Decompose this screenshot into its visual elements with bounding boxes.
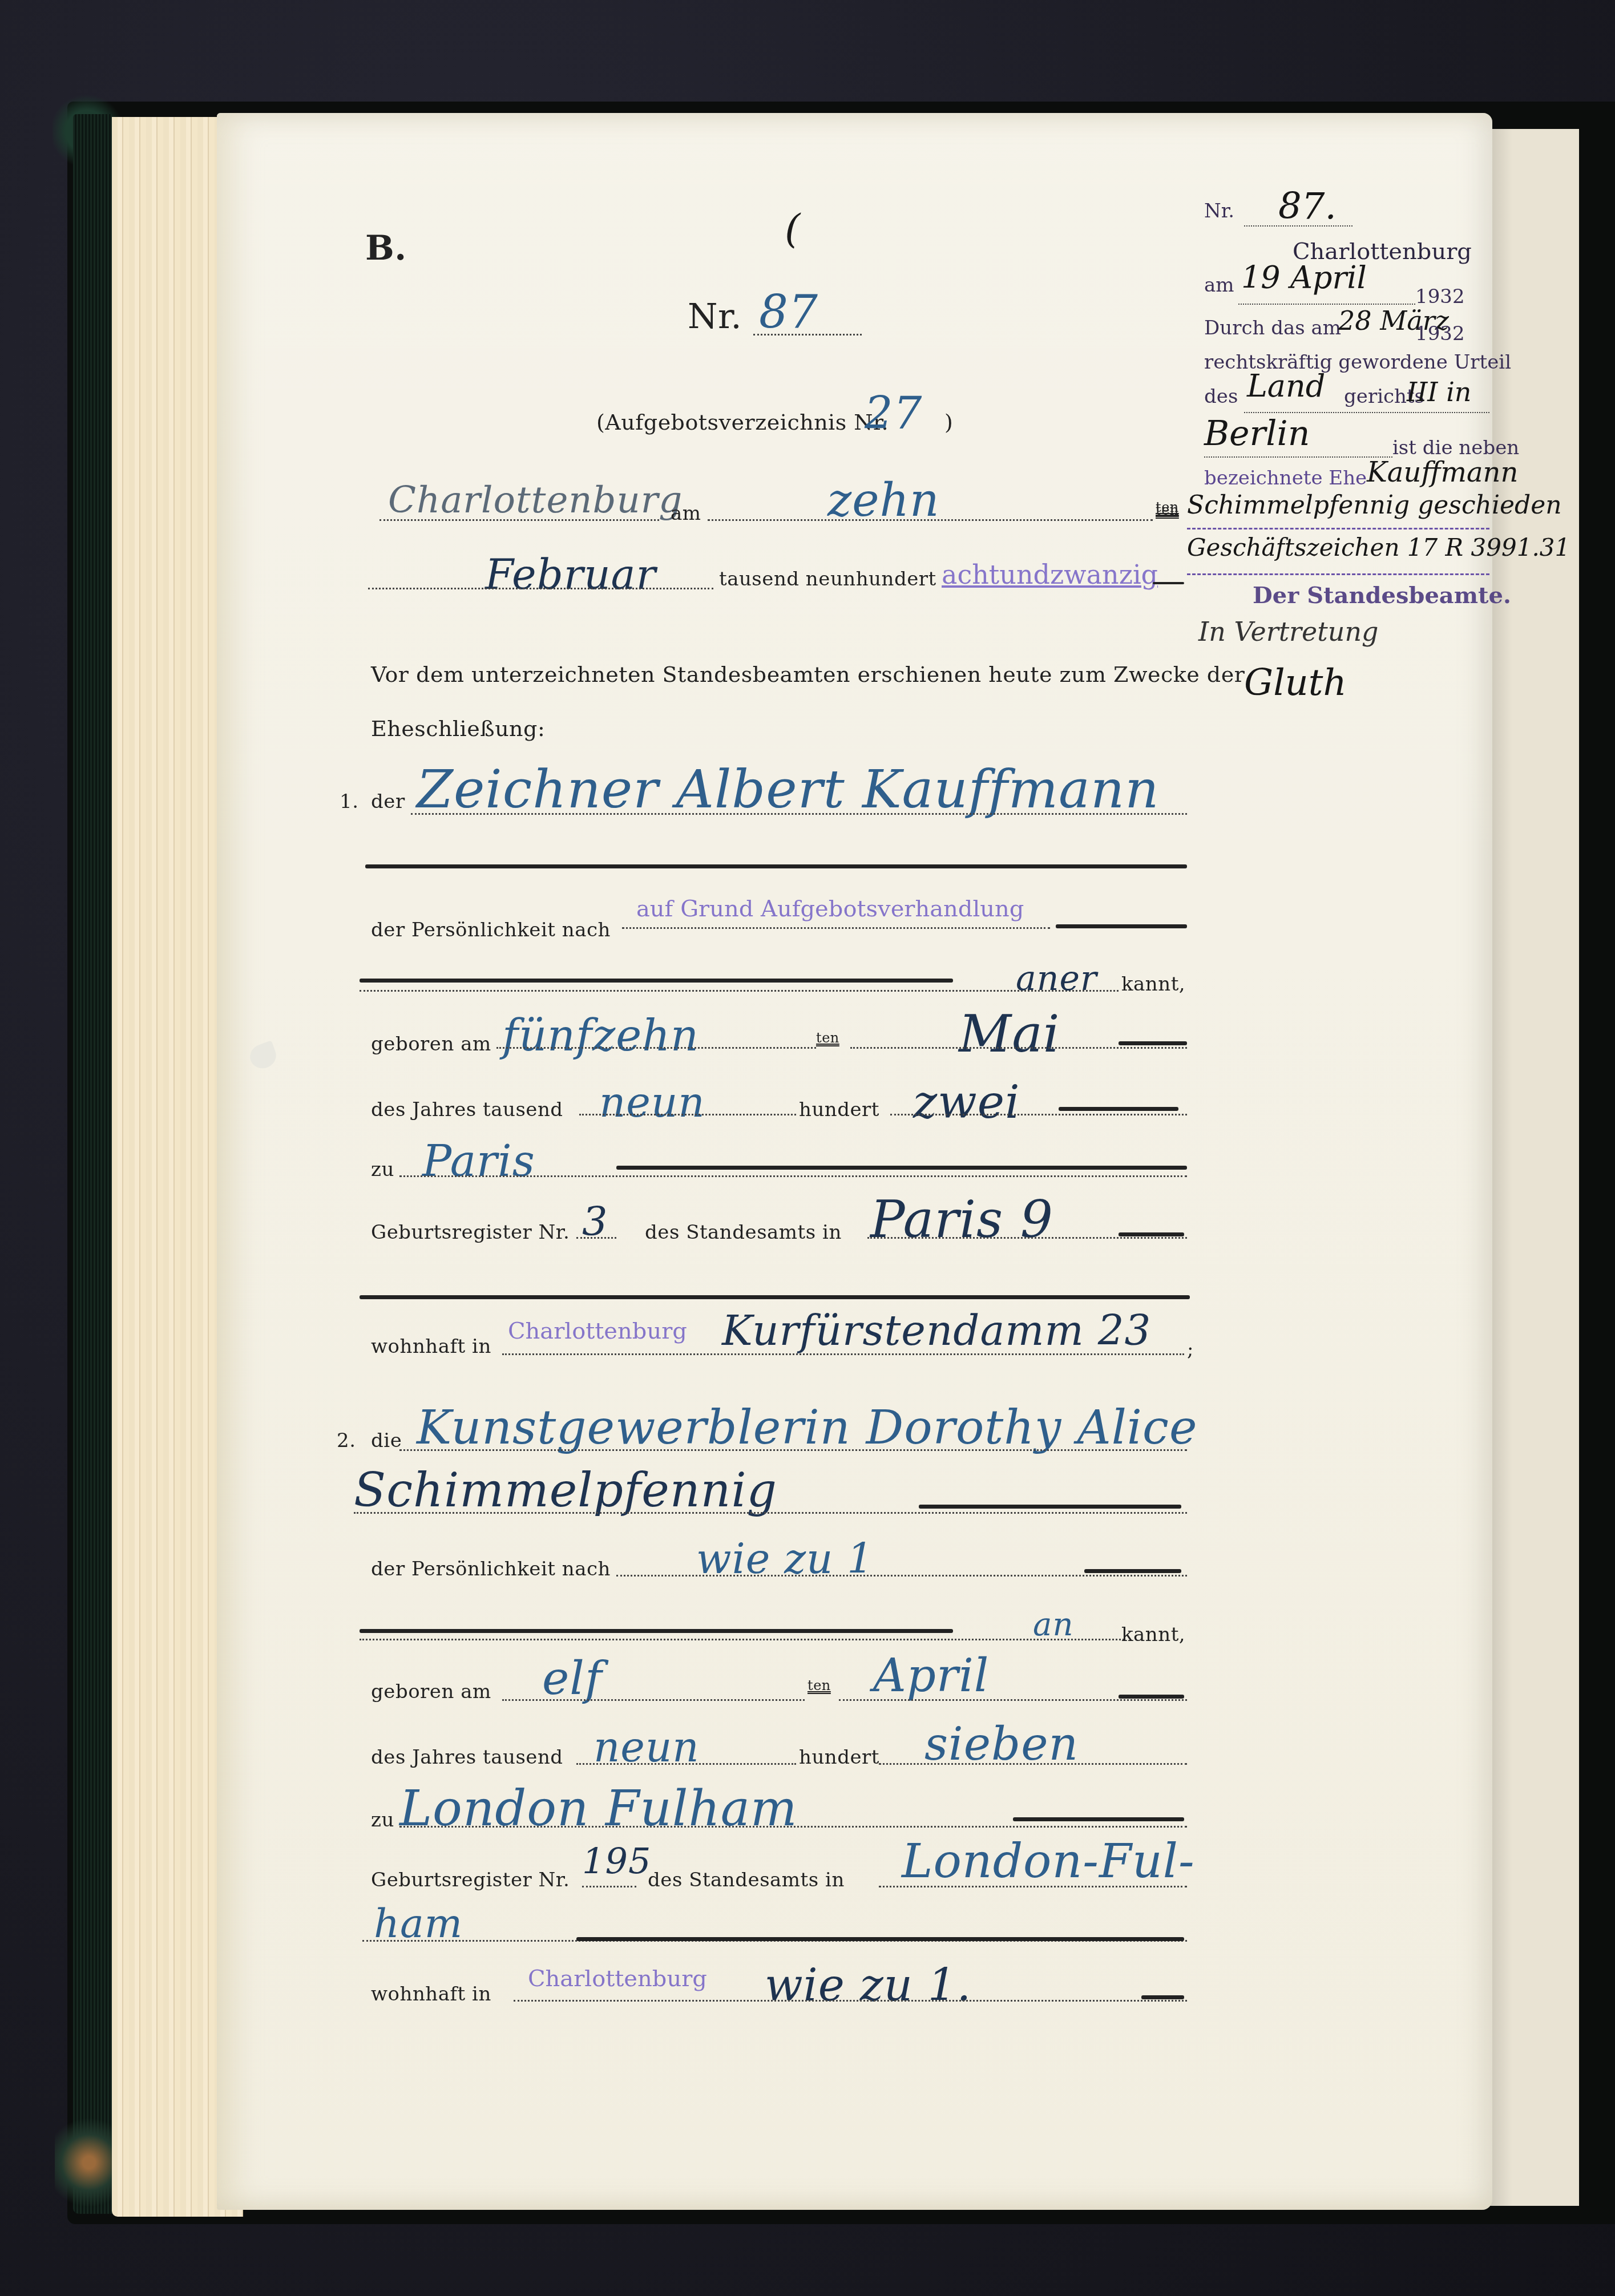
party1-year-hundreds[interactable]: neun <box>599 1078 705 1126</box>
party1-born-bar <box>1119 1041 1187 1045</box>
margin-date-hand[interactable]: 19 April <box>1241 260 1367 296</box>
party2-year-label-1: des Jahres tausend <box>371 1746 563 1769</box>
party1-name-line <box>411 813 1187 815</box>
party1-registry-number-line <box>576 1237 616 1239</box>
party2-residence-bar <box>1141 1995 1184 1999</box>
year-label: tausend neunhundert <box>719 568 936 591</box>
party1-registry-office-label: des Standesamts in <box>645 1221 842 1244</box>
party1-known-suffix: kannt, <box>1121 973 1185 996</box>
place-handwritten[interactable]: Charlottenburg <box>388 479 683 522</box>
party2-name-line1[interactable]: Kunstgewerblerin Dorothy Alice <box>417 1401 1198 1455</box>
year-stamp[interactable]: achtundzwanzig <box>942 559 1158 590</box>
party1-born-month-line <box>850 1047 1187 1049</box>
party1-identity-stamp[interactable]: auf Grund Aufgebotsverhandlung <box>636 896 1024 922</box>
party2-place-label: zu <box>371 1809 394 1832</box>
party2-born-month-line <box>839 1699 1187 1701</box>
margin-year2: 1932 <box>1415 322 1465 345</box>
margin-is-label: ist die neben <box>1392 436 1519 459</box>
party1-known-hand[interactable]: aner <box>1016 959 1097 999</box>
party2-year-label-2: hundert <box>799 1746 879 1769</box>
deputy-hand[interactable]: In Vertretung <box>1198 616 1379 647</box>
margin-date-line <box>1238 304 1415 305</box>
margin-court-hand[interactable]: Land <box>1247 368 1325 404</box>
margin-names-line2[interactable]: Schimmelpfennig geschieden <box>1187 491 1562 520</box>
party1-born-day-line <box>496 1047 816 1049</box>
party1-identity-label: der Persönlichkeit nach <box>371 919 611 941</box>
party1-identity-line <box>622 927 1050 929</box>
party1-residence-stamp[interactable]: Charlottenburg <box>508 1318 687 1344</box>
margin-designated-label: bezeichnete Ehe <box>1204 467 1367 490</box>
party1-residence-line <box>502 1353 1184 1355</box>
margin-year1: 1932 <box>1415 285 1465 308</box>
banns-register-number[interactable]: 27 <box>865 388 922 439</box>
party2-name-bar <box>919 1505 1181 1509</box>
party2-registry-office-line1[interactable]: London-Ful- <box>902 1834 1195 1889</box>
entry-number-label: Nr. <box>688 297 742 337</box>
margin-number[interactable]: 87. <box>1278 185 1337 228</box>
party1-year-hundreds-line <box>579 1114 796 1115</box>
book-spine-cloth <box>73 114 112 2214</box>
party1-year-label-1: des Jahres tausend <box>371 1098 563 1121</box>
party2-identity-bar <box>1084 1569 1181 1573</box>
margin-am-label: am <box>1204 274 1234 297</box>
party1-registry-label: Geburtsregister Nr. <box>371 1221 570 1244</box>
party1-registry-bar <box>1119 1232 1184 1236</box>
party1-birth-place[interactable]: Paris <box>422 1135 535 1186</box>
party1-born-month[interactable]: Mai <box>959 1004 1060 1064</box>
party2-registry-office-line <box>879 1886 1187 1887</box>
party2-born-day-line <box>502 1699 805 1701</box>
party2-identity-line <box>616 1575 1187 1577</box>
place-line <box>379 519 659 521</box>
party2-known-bar <box>360 1629 953 1633</box>
intro-line-2: Eheschließung: <box>371 716 545 741</box>
margin-court-number[interactable]: III in <box>1407 377 1471 407</box>
margin-number-label: Nr. <box>1204 200 1234 223</box>
party2-article: die <box>371 1429 402 1452</box>
party2-residence-label: wohnhaft in <box>371 1983 491 2006</box>
party1-registry-office[interactable]: Paris 9 <box>870 1190 1053 1250</box>
month-handwritten[interactable]: Februar <box>485 551 656 599</box>
party2-year-rest-line <box>879 1763 1187 1765</box>
banns-register-close: ) <box>944 410 953 435</box>
party2-born-day[interactable]: elf <box>542 1652 603 1705</box>
party2-name-line2-rule <box>354 1512 1187 1514</box>
margin-city-hand[interactable]: Berlin <box>1204 414 1310 454</box>
party2-born-month[interactable]: April <box>873 1649 989 1702</box>
entry-number-line <box>753 334 862 335</box>
year-fill-bar <box>1153 582 1184 584</box>
party2-year-hundreds-line <box>576 1763 796 1765</box>
party2-born-label: geboren am <box>371 1680 491 1703</box>
entry-number[interactable]: 87 <box>759 285 818 338</box>
party2-known-suffix: kannt, <box>1121 1623 1185 1646</box>
party1-born-label: geboren am <box>371 1033 491 1056</box>
margin-city-line <box>1204 456 1392 458</box>
party2-registry-number[interactable]: 195 <box>582 1840 651 1882</box>
party2-number: 2. <box>337 1429 356 1452</box>
party2-born-bar <box>1119 1695 1184 1699</box>
party1-residence-address[interactable]: Kurfürstendamm 23 <box>722 1307 1151 1355</box>
margin-ten-label: ten <box>1156 502 1179 518</box>
party1-birth-place-bar <box>616 1166 1187 1170</box>
party2-name-line1-rule <box>399 1449 1187 1451</box>
party2-known-line <box>360 1639 1124 1640</box>
party1-year-rest[interactable]: zwei <box>913 1076 1020 1129</box>
party1-article: der <box>371 790 405 813</box>
party1-residence-end: ; <box>1187 1338 1194 1361</box>
margin-names-line2-rule <box>1187 528 1489 529</box>
party1-known-bar <box>360 979 953 983</box>
party1-born-day[interactable]: fünfzehn <box>502 1010 699 1061</box>
party2-identity-label: der Persönlichkeit nach <box>371 1558 611 1580</box>
am-label: am <box>671 502 701 525</box>
party2-residence-stamp[interactable]: Charlottenburg <box>528 1966 707 1992</box>
margin-court-line <box>1244 412 1489 413</box>
registrar-stamp: Der Standesbeamte. <box>1253 582 1511 609</box>
party1-name[interactable]: Zeichner Albert Kauffmann <box>417 759 1159 820</box>
party2-ten: ten <box>807 1677 831 1693</box>
margin-names-line3-rule <box>1187 573 1489 575</box>
party1-known-line <box>360 990 1119 992</box>
party1-year-rest-line <box>890 1114 1187 1115</box>
party1-identity-bar <box>1056 924 1187 928</box>
party1-number: 1. <box>340 790 358 813</box>
party2-birth-place[interactable]: London Fulham <box>399 1780 798 1837</box>
day-line <box>708 519 1153 521</box>
party1-registry-office-line <box>867 1237 1187 1239</box>
section-letter: B. <box>365 228 407 268</box>
margin-number-line <box>1244 225 1352 227</box>
party2-registry-bar <box>576 1937 1184 1941</box>
margin-names-line3[interactable]: Geschäftszeichen 17 R 3991.31 <box>1187 533 1570 561</box>
margin-through-label: Durch das am <box>1204 317 1341 339</box>
party2-birth-place-line <box>399 1826 1187 1828</box>
party1-year-label-2: hundert <box>799 1098 879 1121</box>
party2-birth-place-bar <box>1013 1817 1184 1821</box>
party2-known-hand[interactable]: an <box>1033 1606 1073 1643</box>
party1-year-bar <box>1059 1107 1178 1111</box>
margin-names-line1[interactable]: Kauffmann <box>1367 456 1518 488</box>
party1-birth-place-line <box>399 1175 1187 1177</box>
party1-ten: ten <box>816 1030 839 1046</box>
intro-line-1: Vor dem unterzeichneten Standesbeamten e… <box>371 662 1245 687</box>
party1-blank-bar <box>360 1295 1190 1299</box>
party2-residence-line <box>514 2000 1187 2002</box>
entry-number-mark: ( <box>785 205 800 252</box>
party2-registry-number-line <box>582 1886 636 1887</box>
registrar-signature[interactable]: Gluth <box>1244 662 1347 704</box>
party2-registry-office-label: des Standesamts in <box>648 1869 845 1891</box>
party1-residence-label: wohnhaft in <box>371 1335 491 1358</box>
margin-court-prefix: des <box>1204 385 1238 408</box>
party1-fill-bar <box>365 864 1187 868</box>
party2-name-line2[interactable]: Schimmelpfennig <box>354 1464 777 1518</box>
party1-place-label: zu <box>371 1158 394 1181</box>
banns-register-label: (Aufgebotsverzeichnis Nr. <box>596 410 889 435</box>
party2-residence-hand[interactable]: wie zu 1. <box>765 1960 971 2011</box>
party2-registry-label: Geburtsregister Nr. <box>371 1869 570 1891</box>
month-line <box>368 588 713 589</box>
